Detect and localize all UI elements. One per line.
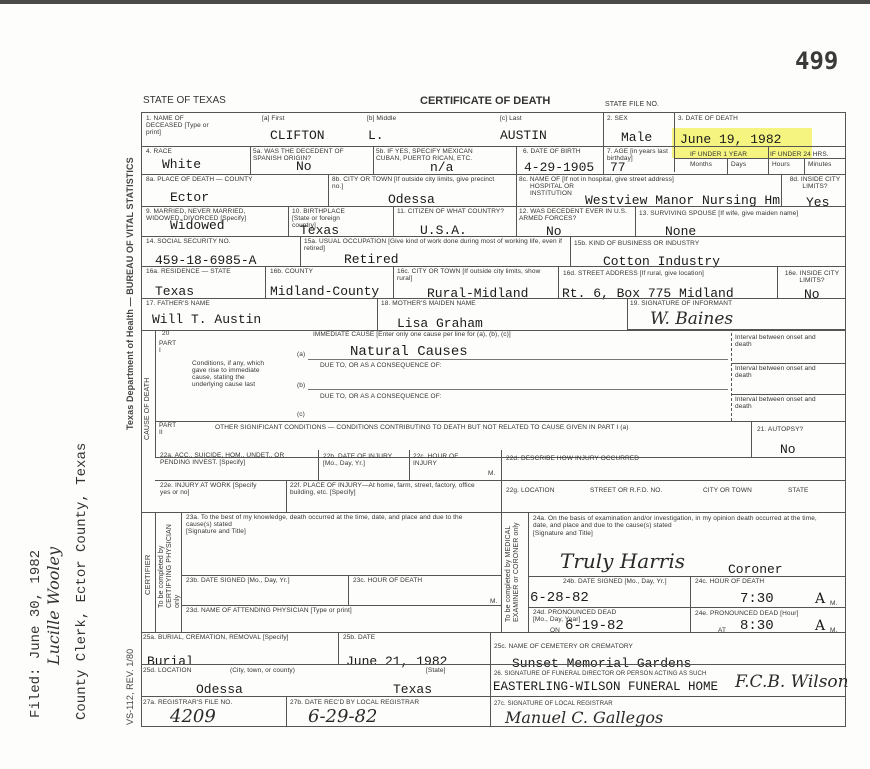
mother-label: 18. MOTHER'S MAIDEN NAME <box>381 300 476 307</box>
injury-date-label: 22b. DATE OF INJURY [Mo., Day, Yr.] <box>323 453 405 467</box>
state-heading: STATE OF TEXAS <box>143 95 226 106</box>
residence-county-label: 16b. COUNTY <box>270 268 313 275</box>
clerk-title-stamp: County Clerk, Ector County, Texas <box>74 443 90 720</box>
last-name-value: AUSTIN <box>500 129 547 142</box>
injury-describe-label: 22d. DESCRIBE HOW INJURY OCCURRED <box>506 455 639 462</box>
cause-a-value: Natural Causes <box>350 346 468 359</box>
inside-city-label: 8d. INSIDE CITY LIMITS? <box>786 176 844 190</box>
under-1-year-label: IF UNDER 1 YEAR <box>690 151 747 158</box>
place-county-label: 8a. PLACE OF DEATH — COUNTY <box>146 176 253 183</box>
age-value: 77 <box>610 161 626 174</box>
father-value: Will T. Austin <box>152 313 261 326</box>
registrar-date-value: 6-29-82 <box>308 706 377 727</box>
disposition-city-value: Odessa <box>196 683 243 696</box>
physician-cert-label: 23a. To the best of my knowledge, death … <box>186 514 486 528</box>
disposition-date-label: 25b. DATE <box>343 634 375 641</box>
days-label: Days <box>731 161 746 168</box>
department-side-label: Texas Department of Health — BUREAU OF V… <box>127 157 134 430</box>
spouse-label: 13. SURVIVING SPOUSE [If wife, give maid… <box>639 210 798 217</box>
medical-examiner-only-label: To be completed by MEDICAL EXAMINER or C… <box>505 522 521 622</box>
spanish-origin-value: No <box>296 160 312 173</box>
injury-location-label: 22g. LOCATION <box>506 487 555 494</box>
place-city-label: 8b. CITY OR TOWN [If outside city limits… <box>332 176 502 190</box>
business-label: 15b. KIND OF BUSINESS OR INDUSTRY <box>574 240 699 247</box>
physician-sig-label: [Signature and Title] <box>186 528 246 535</box>
injury-hour-suffix: M. <box>488 470 495 477</box>
part-1-label: PART I <box>159 340 177 354</box>
residence-inside-city-label: 16e. INSIDE CITY LIMITS? <box>780 270 844 284</box>
disposition-method-label: 25a. BURIAL, CREMATION, REMOVAL [Specify… <box>143 634 289 641</box>
injury-place-label: 22f. PLACE OF INJURY—At home, farm, stre… <box>290 482 500 496</box>
middle-name-value: L. <box>368 129 384 142</box>
middle-name-label: [b] Middle <box>367 115 396 122</box>
state-file-no-label: STATE FILE NO. <box>605 101 659 108</box>
cemetery-label: 25c. NAME OF CEMETERY OR CREMATORY <box>494 643 633 650</box>
cause-a-label: (a) <box>297 351 305 358</box>
coroner-hour-ampm: A <box>815 593 825 606</box>
marital-value: Widowed <box>170 219 225 232</box>
minutes-label: Minutes <box>808 161 831 168</box>
dob-value: 4-29-1905 <box>524 161 594 174</box>
injury-at-work-label: 22e. INJURY AT WORK [Specify yes or no] <box>160 482 260 496</box>
cause-item-number: 20 <box>162 330 169 337</box>
disposition-state-value: Texas <box>393 683 432 696</box>
local-registrar-sig-label: 27c. SIGNATURE OF LOCAL REGISTRAR <box>494 701 613 708</box>
cause-c-label: (c) <box>297 411 305 418</box>
occupation-value: Retired <box>344 253 399 266</box>
registrar-file-label: 27a. REGISTRAR'S FILE NO. <box>143 699 232 706</box>
injury-acc-label: 22a. ACC., SUICIDE, HOM., UNDET., OR PEN… <box>160 452 300 466</box>
page-number: 499 <box>795 47 838 75</box>
first-name-value: CLIFTON <box>270 129 325 142</box>
date-of-death-value: June 19, 1982 <box>680 133 781 146</box>
interval-a-label: Interval between onset and death <box>735 334 820 348</box>
local-registrar-signature: Manuel C. Gallegos <box>505 708 663 727</box>
clerk-signature: Lucille Wooley <box>44 547 63 665</box>
hospital-label-3: INSTITUTION <box>530 190 572 197</box>
injury-street-label: STREET OR R.F.D. NO. <box>590 487 662 494</box>
part-2-label: PART II <box>159 422 177 436</box>
informant-label: 19. SIGNATURE OF INFORMANT <box>630 300 732 307</box>
coroner-hour-value: 7:30 <box>740 593 774 606</box>
coroner-hour-suffix: M. <box>830 600 837 607</box>
injury-city-label: CITY OR TOWN <box>703 487 752 494</box>
inside-city-value: Yes <box>806 196 829 209</box>
coroner-signature: Truly Harris <box>560 549 685 573</box>
physician-date-signed-label: 23b. DATE SIGNED [Mo., Day, Yr.] <box>186 577 290 584</box>
coroner-cert-label: 24a. On the basis of examination and/or … <box>533 515 833 529</box>
sex-label: 2. SEX <box>607 115 628 122</box>
disposition-city-hint: (City, town, or county) <box>230 667 295 674</box>
coroner-sig-label: [Signature and Title] <box>533 530 593 537</box>
place-county-value: Ector <box>170 191 209 204</box>
race-value: White <box>162 158 201 171</box>
autopsy-label: 21. AUTOPSY? <box>757 426 803 433</box>
injury-hour-label: 22c. HOUR OF INJURY <box>413 453 473 467</box>
cause-of-death-section-label: CAUSE OF DEATH <box>144 378 151 440</box>
interval-b-label: Interval between onset and death <box>735 365 820 379</box>
conditions-note: Conditions, if any, which gave rise to i… <box>192 360 267 388</box>
interval-c-label: Interval between onset and death <box>735 396 820 410</box>
coroner-date-signed-value: 6-28-82 <box>530 592 589 605</box>
citizen-label: 11. CITIZEN OF WHAT COUNTRY? <box>397 208 507 215</box>
form-id-side-label: VS-112, REV. 1/80 <box>127 649 134 725</box>
attending-physician-label: 23d. NAME OF ATTENDING PHYSICIAN [Type o… <box>186 607 352 614</box>
father-label: 17. FATHER'S NAME <box>146 300 210 307</box>
coroner-date-signed-label: 24b. DATE SIGNED [Mo., Day, Yr.] <box>563 578 667 585</box>
ssn-label: 14. SOCIAL SECURITY NO. <box>146 238 231 245</box>
coroner-hour-label: 24c. HOUR OF DEATH <box>695 578 764 585</box>
cause-b-label: (b) <box>297 382 305 389</box>
scan-top-edge <box>0 0 870 4</box>
mother-value: Lisa Graham <box>397 317 483 330</box>
informant-signature: W. Baines <box>650 309 733 329</box>
funeral-director-label: 26. SIGNATURE OF FUNERAL DIRECTOR OR PER… <box>494 671 706 678</box>
due-to-2-label: DUE TO, OR AS A CONSEQUENCE OF: <box>320 393 442 400</box>
hours-label: Hours <box>772 161 790 168</box>
spanish-specify-value: n/a <box>430 161 453 174</box>
autopsy-value: No <box>780 443 796 456</box>
residence-city-label: 16c. CITY OR TOWN [If outside city limit… <box>397 268 557 282</box>
armed-forces-label: 12. WAS DECEDENT EVER IN U.S. ARMED FORC… <box>519 208 629 222</box>
coroner-title: Coroner <box>728 563 783 576</box>
residence-state-label: 16a. RESIDENCE — STATE <box>146 268 231 275</box>
funeral-director-signature: F.C.B. Wilson <box>735 672 849 692</box>
sex-value: Male <box>621 131 652 144</box>
registrar-date-label: 27b. DATE REC'D BY LOCAL REGISTRAR <box>290 699 419 706</box>
disposition-location-label: 25d. LOCATION <box>143 667 192 674</box>
physician-hour-label: 23c. HOUR OF DEATH <box>353 577 422 584</box>
last-name-label: [c] Last <box>500 115 522 122</box>
hospital-label-1: 8c. NAME OF [If not in hospital, give st… <box>519 176 674 183</box>
dob-label: 6. DATE OF BIRTH <box>523 148 581 155</box>
name-label: 1. NAME OF DECEASED [Type or print] <box>146 115 216 136</box>
physician-hour-suffix: M. <box>490 598 497 605</box>
due-to-1-label: DUE TO, OR AS A CONSEQUENCE OF: <box>320 362 442 369</box>
certifier-section-label: CERTIFIER <box>144 555 151 595</box>
filed-stamp: Filed: June 30, 1982 <box>28 550 44 718</box>
disposition-state-hint: [State] <box>426 667 446 674</box>
injury-state-label: STATE <box>788 487 808 494</box>
residence-county-value: Midland-County <box>270 285 379 298</box>
first-name-label: [a] First <box>262 115 285 122</box>
other-conditions-label: OTHER SIGNIFICANT CONDITIONS — CONDITION… <box>215 424 629 431</box>
physician-only-label: To be completed by CERTIFYING PHYSICIAN … <box>158 518 182 608</box>
months-label: Months <box>690 161 712 168</box>
hospital-label-2: HOSPITAL OR <box>530 183 574 190</box>
race-label: 4. RACE <box>146 148 172 155</box>
date-of-death-label: 3. DATE OF DEATH <box>678 115 738 122</box>
certificate-title: CERTIFICATE OF DEATH <box>420 95 550 107</box>
street-address-label: 16d. STREET ADDRESS [If rural, give loca… <box>563 270 704 277</box>
under-24-hrs-label: IF UNDER 24 HRS. <box>770 151 829 158</box>
occupation-label: 15a. USUAL OCCUPATION [Give kind of work… <box>304 238 569 252</box>
immediate-cause-label: IMMEDIATE CAUSE [Enter only one cause pe… <box>313 331 511 338</box>
funeral-home-value: EASTERLING-WILSON FUNERAL HOME <box>493 681 718 694</box>
place-city-value: Odessa <box>388 193 435 206</box>
residence-state-value: Texas <box>155 285 194 298</box>
pronounced-hour-label: 24e. PRONOUNCED DEAD [Hour] <box>695 610 798 617</box>
registrar-file-value: 4209 <box>170 706 216 727</box>
